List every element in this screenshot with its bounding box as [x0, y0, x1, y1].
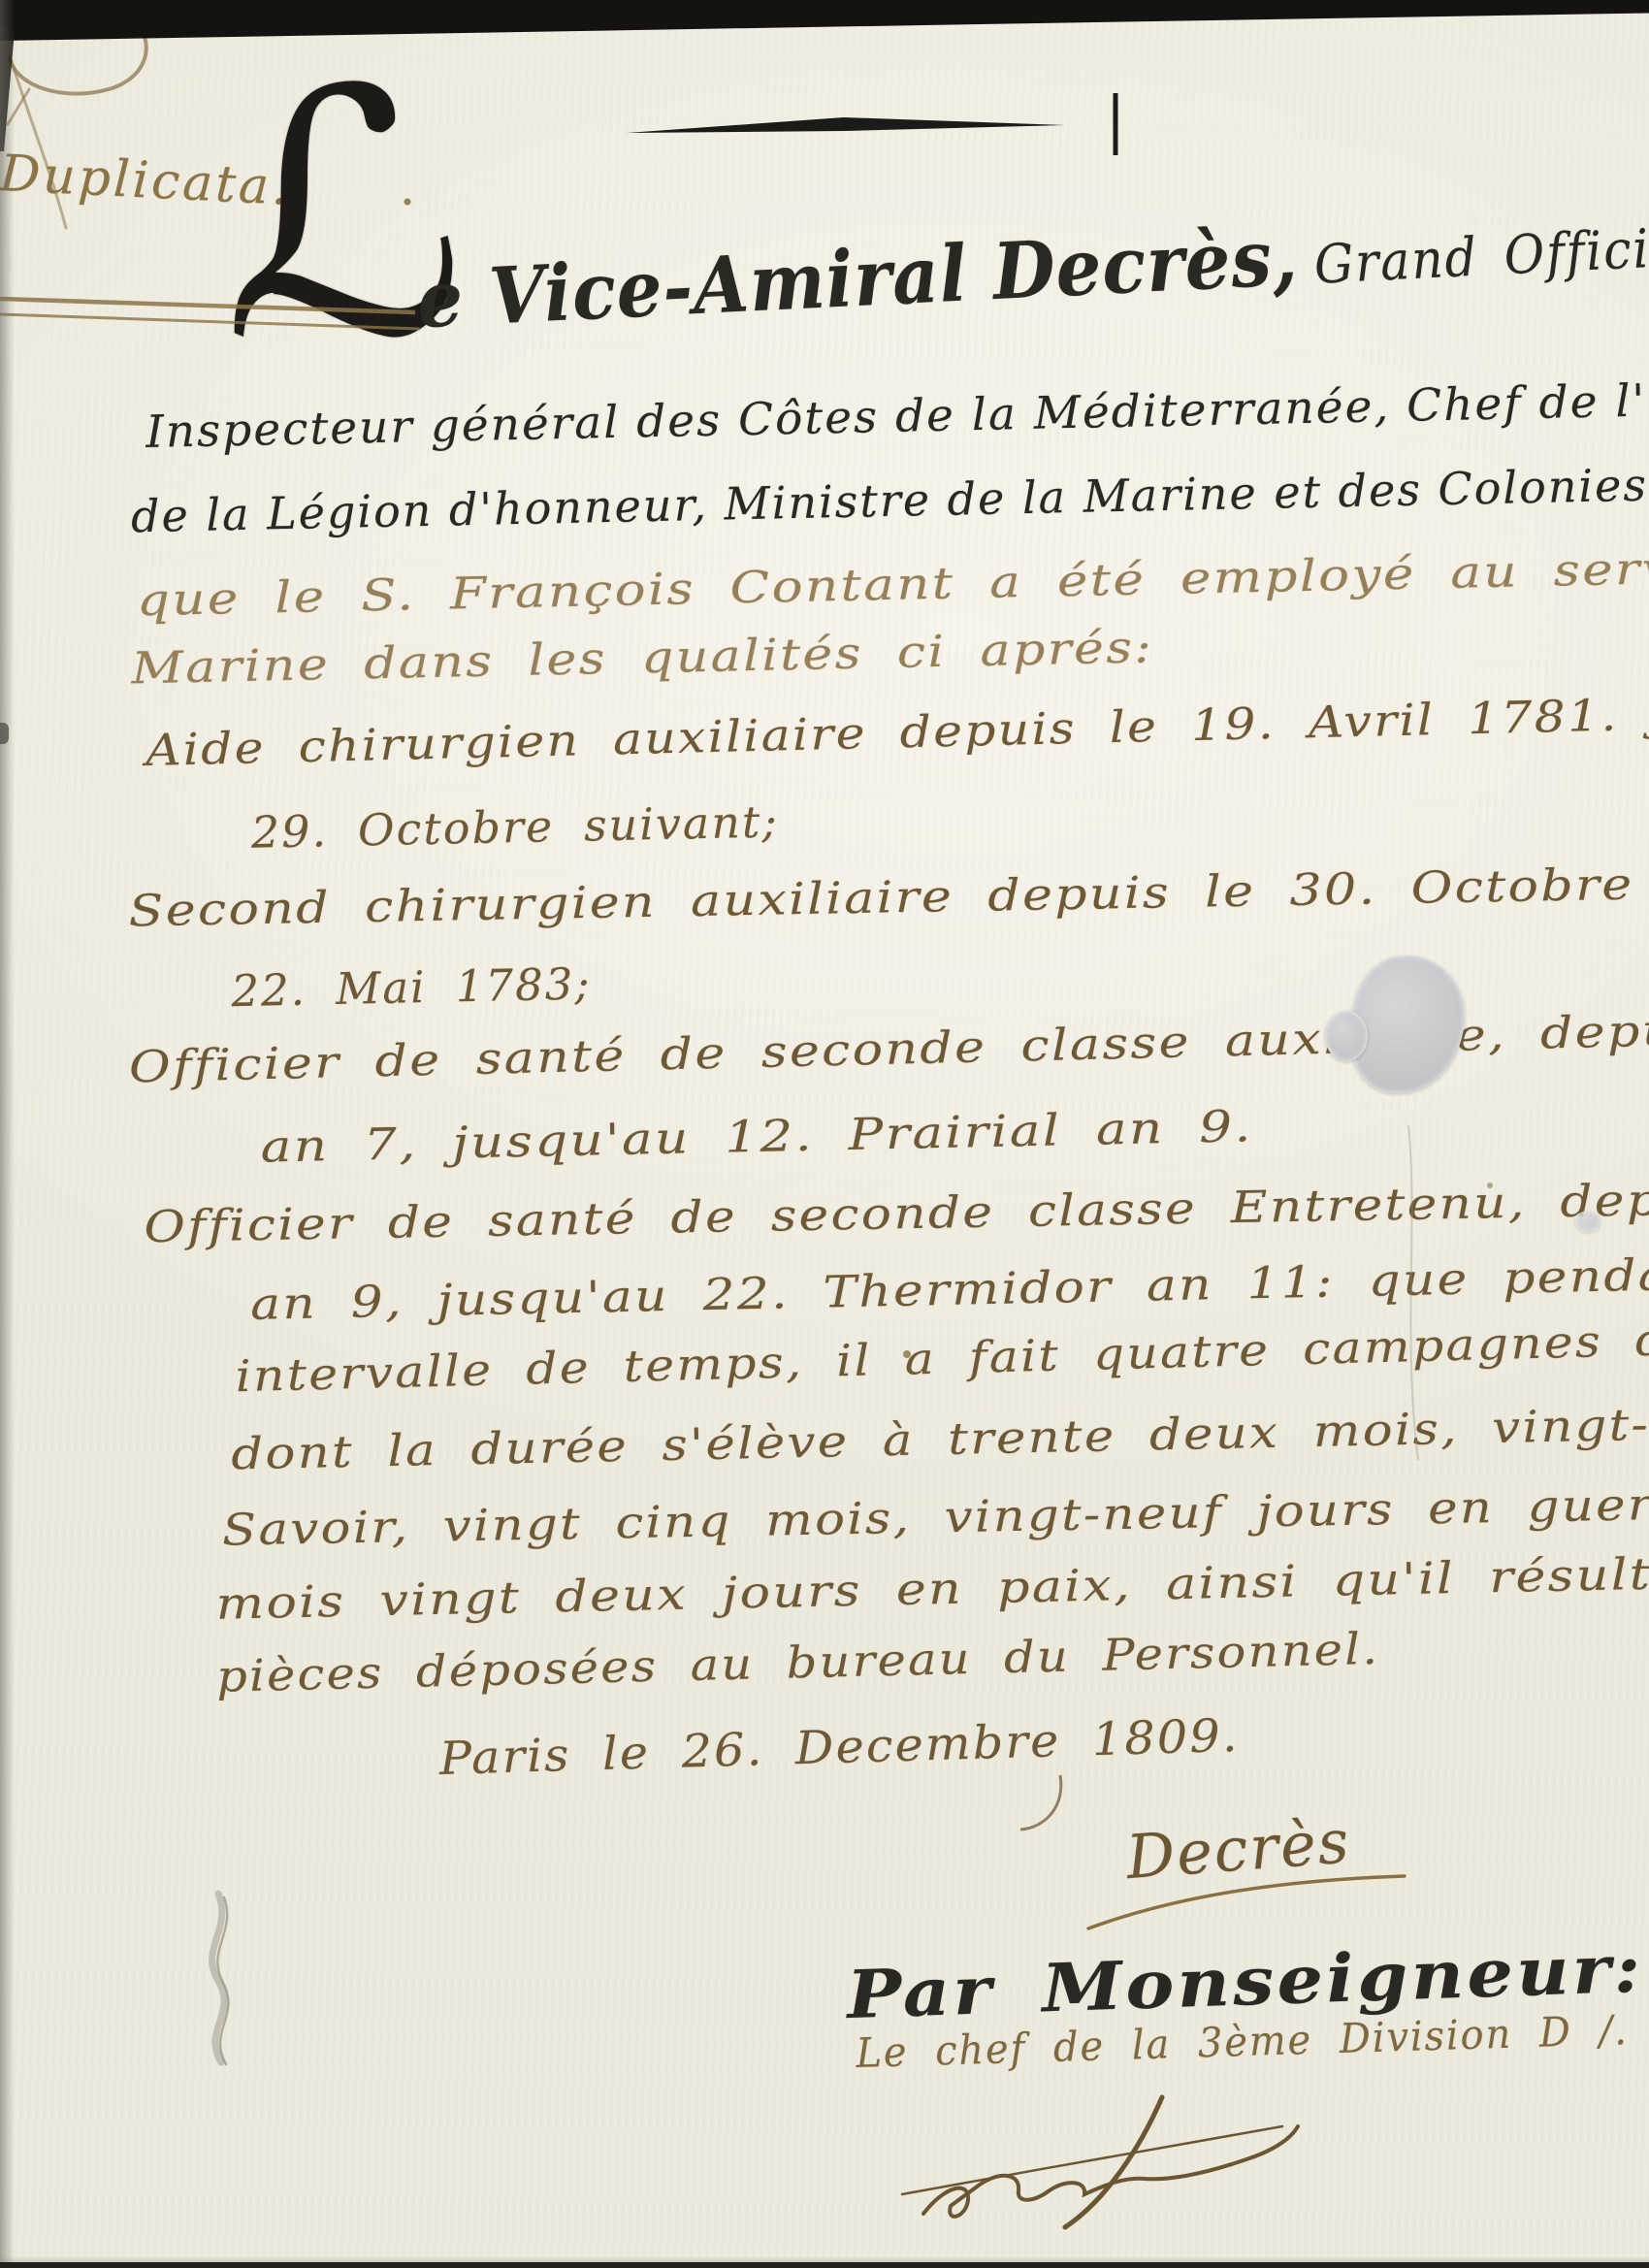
document-scan: Duplicata. ℒ e Vice-Amiral Decrès, Grand…: [0, 0, 1649, 2268]
preamble-line-2: de la Légion d'honneur, Ministre de la M…: [131, 458, 1649, 542]
wax-seal-blob-small: [1325, 1011, 1368, 1061]
manuscript-text: Duplicata. ℒ e Vice-Amiral Decrès, Grand…: [0, 0, 1649, 2268]
record-line-1: Aide chirurgien auxiliaire depuis le 19.…: [145, 683, 1649, 776]
record-line-13: pièces déposées au bureau du Personnel.: [215, 1623, 1379, 1702]
title-suffix: Grand Officier de l'Empire,: [1312, 197, 1649, 296]
record-line-4: 22. Mai 1783;: [231, 958, 592, 1018]
admiral-signature: Decrès: [1124, 1805, 1353, 1893]
record-line-12: mois vingt deux jours en paix, ainsi qu'…: [215, 1545, 1649, 1630]
record-line-6: an 7, jusqu'au 12. Prairial an 9.: [260, 1100, 1253, 1172]
paper-spot: [1575, 1211, 1600, 1232]
record-line-11: Savoir, vingt cinq mois, vingt-neuf jour…: [222, 1475, 1649, 1555]
petition-line-1: que le S. François Contant a été employé…: [136, 536, 1649, 626]
record-line-8: an 9, jusqu'au 22. Thermidor an 11: que …: [250, 1245, 1649, 1329]
title-name: e Vice-Amiral Decrès,: [415, 211, 1300, 345]
record-line-7: Officier de santé de seconde classe Entr…: [144, 1164, 1649, 1252]
record-line-3: Second chirurgien auxiliaire depuis le 3…: [128, 852, 1649, 937]
dateline: Paris le 26. Decembre 1809.: [438, 1709, 1240, 1786]
petition-line-2: Marine dans les qualités ci aprés:: [131, 621, 1154, 694]
record-line-2: 29. Octobre suivant;: [250, 795, 779, 858]
record-line-10: dont la durée s'élève à trente deux mois…: [231, 1394, 1649, 1480]
